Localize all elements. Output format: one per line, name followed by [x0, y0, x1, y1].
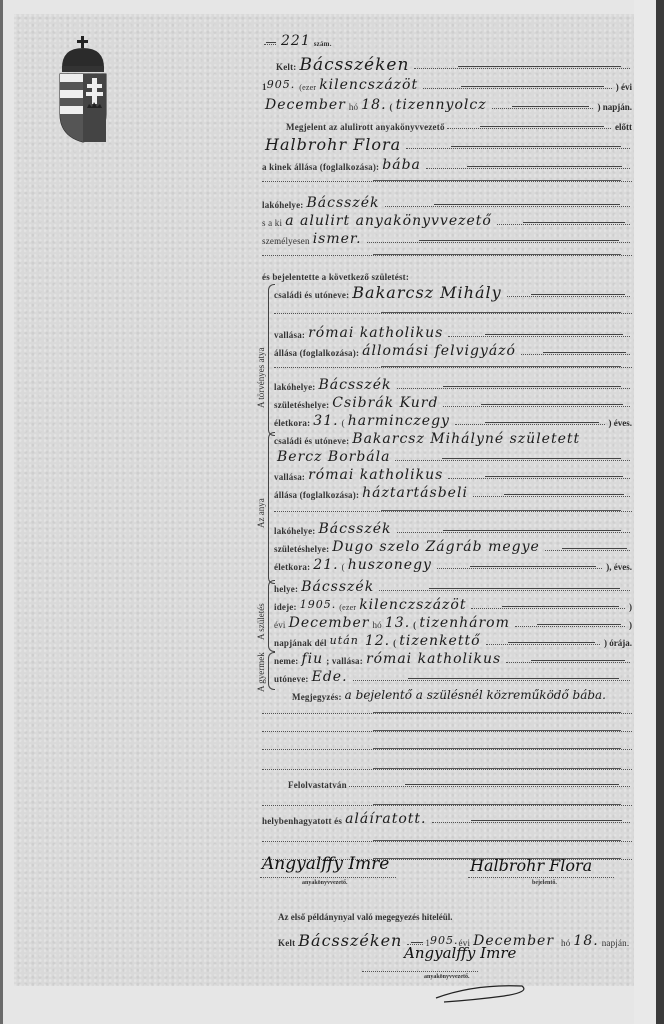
mother-residence: Bácsszék [316, 522, 395, 536]
declarant-name: Halbrohr Flora [262, 138, 404, 152]
father-name-row: családi és utóneve: Bakarcsz Mihály [274, 282, 632, 300]
father-occupation-row: állása (foglalkozása): állomási felvigyá… [274, 340, 632, 358]
blank-line [262, 254, 632, 256]
certification-place: Bácsszéken [295, 934, 405, 948]
birth-side-label: A születés [256, 603, 266, 640]
birth-day: 13. [382, 616, 413, 630]
father-religion-row: vallása: római katholikus [274, 322, 632, 340]
birth-hour-words: tizenkettő [396, 634, 483, 648]
declarant-residence-row: lakóhelye: Bácsszék [262, 192, 632, 210]
birth-hour-prefix: után [327, 634, 362, 648]
entry-number: 221 [278, 34, 314, 48]
birth-year-words: kilenczszázöt [356, 598, 469, 612]
blank-line [274, 510, 632, 512]
signature-flourish-icon [434, 974, 530, 1004]
registrar-signature: Angyalffy Imre [262, 854, 389, 874]
hungarian-coat-of-arms-icon [54, 36, 112, 144]
approved-row: helybenhagyatott és aláíratott. [262, 808, 632, 826]
child-name-row: utóneve: Ede. [274, 666, 632, 684]
birth-hour-row: napjának dél után 12. ( tizenkettő ) órá… [274, 630, 632, 648]
dated-row: Kelt: Bácsszéken [262, 54, 632, 72]
month-day-row: December hó 18. ( tizennyolcz ) napján. [262, 94, 632, 112]
blank-line [262, 730, 632, 732]
year-row: 1 905. (ezer kilencszázöt ) évi [262, 74, 632, 92]
read-aloud-row: Felolvastatván [288, 772, 632, 790]
known-row-1: s a ki a alulirt anyakönyvvezető [262, 210, 632, 228]
blank-line [262, 180, 632, 182]
mother-occupation: háztartásbeli [359, 486, 471, 500]
blank-line [262, 840, 632, 842]
certification-signature-line [362, 970, 478, 972]
declarant-signature-line [468, 876, 614, 878]
remarks-text: a bejelentő a szülésnél közreműködő bába… [342, 688, 609, 702]
register-page: 221 szám. Kelt: Bácsszéken 1 905. (ezer … [14, 14, 634, 986]
declarant-occupation-row: a kinek állása (foglalkozása): bába [262, 154, 632, 172]
entry-number-label: szám. [314, 40, 332, 48]
child-religion: római katholikus [363, 652, 504, 666]
father-residence: Bácsszék [316, 378, 395, 392]
blank-line [274, 366, 632, 368]
scan-edge-left [0, 0, 3, 1024]
mother-religion-row: vallása: római katholikus [274, 464, 632, 482]
blank-line [262, 804, 632, 806]
declarant-caption: bejelentő. [532, 880, 557, 886]
mother-religion: római katholikus [305, 468, 446, 482]
child-sex: fiu [299, 652, 327, 666]
father-occupation: állomási felvigyázó [359, 344, 519, 358]
child-given-name: Ede. [309, 670, 351, 684]
declarant-row: Halbrohr Flora [262, 134, 632, 152]
father-birthplace: Csibrák Kurd [329, 396, 441, 410]
child-side-label: A gyermek [256, 652, 266, 692]
certification-text: Az első példánynyal való megegyezés hite… [278, 912, 452, 922]
month-value: December [262, 98, 349, 112]
blank-line [262, 768, 632, 770]
appeared-row: Megjelent az alulirott anyakönyvvezető e… [262, 114, 632, 132]
remarks-row: Megjegyzés: a bejelentő a szülésnél közr… [292, 684, 632, 702]
mother-name-row-2: Bercz Borbála [274, 446, 632, 464]
birth-month: December [286, 616, 373, 630]
kelt-label: Kelt: [276, 62, 297, 72]
father-side-label: A törvényes atya [256, 348, 266, 408]
mother-age-words: huszonegy [345, 558, 435, 572]
registrar-signature-line [260, 876, 396, 878]
mother-birthplace-row: születéshelye: Dugo szelo Zágráb megye [274, 536, 632, 554]
father-religion: római katholikus [305, 326, 446, 340]
mother-birthplace: Dugo szelo Zágráb megye [329, 540, 543, 554]
scan-margin-right [634, 0, 656, 1024]
father-age-row: életkora: 31. ( harminczegy ) éves. [274, 410, 632, 428]
mother-name-line2: Bercz Borbála [274, 450, 393, 464]
blank-line [262, 748, 632, 750]
kelt-place: Bácsszéken [297, 58, 413, 72]
scan-edge-right [656, 0, 664, 1024]
mother-name-line1: Bakarcsz Mihályné született [349, 432, 583, 446]
known-row-2: személyesen ismer. [262, 228, 632, 246]
day-value: 18. [358, 98, 389, 112]
birth-place-row: helye: Bácsszék [274, 576, 632, 594]
declarant-signature: Halbrohr Flora [470, 856, 592, 875]
father-name: Bakarcsz Mihály [349, 286, 504, 300]
mother-name-row: családi és utóneve: Bakarcsz Mihályné sz… [274, 428, 632, 446]
birth-year: 1905. [297, 598, 340, 612]
father-age: 31. [310, 414, 341, 428]
mother-age: 21. [310, 558, 341, 572]
blank-line [274, 312, 632, 314]
mother-occupation-row: állása (foglalkozása): háztartásbeli [274, 482, 632, 500]
birth-date-row: évi December hó 13. ( tizenhárom ) [274, 612, 632, 630]
day-words: tizennyolcz [393, 98, 490, 112]
year-words: kilencszázöt [316, 78, 421, 92]
entry-number-row: 221 szám. [262, 30, 352, 48]
reported-birth-row: és bejelentette a következő születést: [262, 264, 632, 282]
father-residence-row: lakóhelye: Bácsszék [274, 374, 632, 392]
approved-text: aláíratott. [342, 812, 429, 826]
birth-hour: 12. [362, 634, 393, 648]
mother-side-label: Az anya [256, 498, 266, 528]
certification-signature: Angyalffy Imre [404, 944, 516, 962]
child-sex-row: neme: fiu ; vallása: római katholikus [274, 648, 632, 666]
certification-day: 18. [570, 934, 601, 948]
father-birthplace-row: születéshelye: Csibrák Kurd [274, 392, 632, 410]
birth-place: Bácsszék [298, 580, 377, 594]
birth-day-words: tizenhárom [416, 616, 513, 630]
father-age-words: harminczegy [345, 414, 453, 428]
registrar-caption: anyakönyvvezető. [302, 880, 348, 886]
mother-residence-row: lakóhelye: Bácsszék [274, 518, 632, 536]
year-value: 905. [267, 78, 296, 92]
birth-year-row: ideje: 1905. (ezer kilenczszázöt ) [274, 594, 632, 612]
declarant-residence: Bácsszék [304, 196, 383, 210]
mother-age-row: életkora: 21. ( huszonegy ), éves. [274, 554, 632, 572]
blank-line [262, 712, 632, 714]
declarant-occupation: bába [379, 158, 424, 172]
